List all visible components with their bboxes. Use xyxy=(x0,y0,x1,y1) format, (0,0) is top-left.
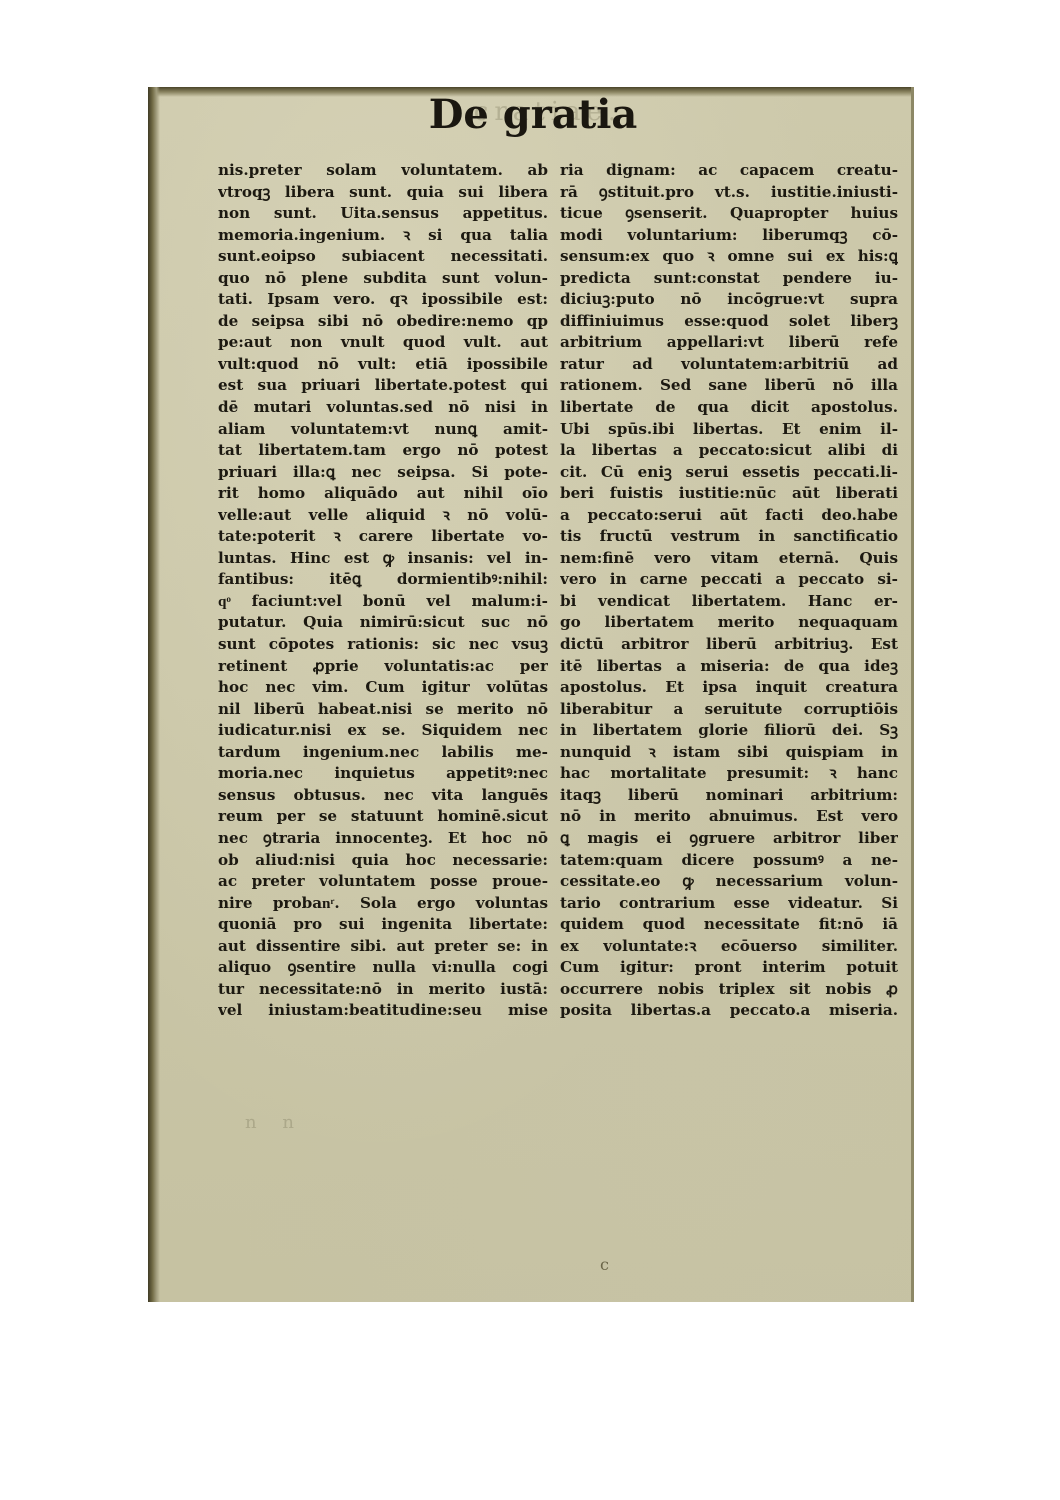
text-line: predicta sunt:constat pendere iu- xyxy=(560,268,898,290)
text-line: ac preter voluntatem posse proue- xyxy=(218,871,548,893)
text-line: dictū arbitror liberū arbitriuꝫ. Est xyxy=(560,634,898,656)
text-line: aut dissentire sibi. aut preter se: in xyxy=(218,936,548,958)
text-line: est sua priuari libertate.potest qui xyxy=(218,375,548,397)
text-line: nec ꝯtraria innocenteꝫ. Et hoc nō xyxy=(218,828,548,850)
text-line: cit. Cū eniꝫ serui essetis peccati.li- xyxy=(560,462,898,484)
text-line: iudicatur.nisi ex se. Siquidem nec xyxy=(218,720,548,742)
text-line: quidem quod necessitate fit:nō iā xyxy=(560,914,898,936)
text-line: putatur. Quia nimirū:sicut suc nō xyxy=(218,612,548,634)
text-line: priuari illa:ꝗ nec seipsa. Si pote- xyxy=(218,462,548,484)
text-line: sensum:ex quo ꝛ omne sui ex his:ꝗ xyxy=(560,246,898,268)
running-head: De gratia xyxy=(423,89,643,141)
text-line: nunquid ꝛ istam sibi quispiam in xyxy=(560,742,898,764)
text-line: vtroqꝫ libera sunt. quia sui libera xyxy=(218,182,548,204)
text-line: ratur ad voluntatem:arbitriū ad xyxy=(560,354,898,376)
text-line: go libertatem merito nequaquam xyxy=(560,612,898,634)
text-line: vel iniustam:beatitudine:seu mise xyxy=(218,1000,548,1022)
text-line: tur necessitate:nō in merito iustā: xyxy=(218,979,548,1001)
text-line: aliam voluntatem:vt nunꝗ amit- xyxy=(218,419,548,441)
text-line: a peccato:serui aūt facti deo.habe xyxy=(560,505,898,527)
text-line: tatem:quam dicere possumꝰ a ne- xyxy=(560,850,898,872)
text-line: reum per se statuunt hominē.sicut xyxy=(218,806,548,828)
text-line: ex voluntate:ꝛ ecōuerso similiter. xyxy=(560,936,898,958)
text-line: diffiniuimus esse:quod solet liberꝫ xyxy=(560,311,898,333)
text-line: dē mutari voluntas.sed nō nisi in xyxy=(218,397,548,419)
text-line: itē libertas a miseria: de qua ideꝫ xyxy=(560,656,898,678)
text-line: diciuꝫ:puto nō incōgrue:vt supra xyxy=(560,289,898,311)
text-line: beri fuistis iustitie:nūc aūt liberati xyxy=(560,483,898,505)
text-line: nem:finē vero vitam eternā. Quis xyxy=(560,548,898,570)
text-line: retinent ꝓprie voluntatis:ac per xyxy=(218,656,548,678)
text-line: occurrere nobis triplex sit nobis ꝓ xyxy=(560,979,898,1001)
text-line: modi voluntarium: liberumqꝫ cō- xyxy=(560,225,898,247)
text-line: vero in carne peccati a peccato si- xyxy=(560,569,898,591)
text-line: de seipsa sibi nō obedire:nemo qp xyxy=(218,311,548,333)
text-line: la libertas a peccato:sicut alibi di xyxy=(560,440,898,462)
text-line: memoria.ingenium. ꝛ si qua talia xyxy=(218,225,548,247)
text-line: libertate de qua dicit apostolus. xyxy=(560,397,898,419)
text-line: velle:aut velle aliquid ꝛ nō volū- xyxy=(218,505,548,527)
text-line: arbitrium appellari:vt liberū refe xyxy=(560,332,898,354)
text-line: nis.preter solam voluntatem. ab xyxy=(218,160,548,182)
text-line: moria.nec inquietus appetitꝰ:nec xyxy=(218,763,548,785)
text-line: tardum ingenium.nec labilis me- xyxy=(218,742,548,764)
text-line: ria dignam: ac capacem creatu- xyxy=(560,160,898,182)
text-line: luntas. Hinc est ꝙ insanis: vel in- xyxy=(218,548,548,570)
text-line: posita libertas.a peccato.a miseria. xyxy=(560,1000,898,1022)
text-line: nil liberū habeat.nisi se merito nō xyxy=(218,699,548,721)
text-line: ob aliud:nisi quia hoc necessarie: xyxy=(218,850,548,872)
text-line: tis fructū vestrum in sanctificatio xyxy=(560,526,898,548)
page-gutter-edge xyxy=(148,87,160,1302)
text-line: nō in merito abnuimus. Est vero xyxy=(560,806,898,828)
text-line: bi vendicat libertatem. Hanc er- xyxy=(560,591,898,613)
text-line: fantibus: itēꝗ dormientibꝰ:nihil: xyxy=(218,569,548,591)
text-line: rationem. Sed sane liberū nō illa xyxy=(560,375,898,397)
text-line: tat libertatem.tam ergo nō potest xyxy=(218,440,548,462)
scanned-page: cratiae. De gratia nis.preter solam volu… xyxy=(148,87,914,1302)
text-line: nire probanͬ. Sola ergo voluntas xyxy=(218,893,548,915)
text-line: liberabitur a seruitute corruptiōis xyxy=(560,699,898,721)
text-line: Cum igitur: pront interim potuit xyxy=(560,957,898,979)
text-line: apostolus. Et ipsa inquit creatura xyxy=(560,677,898,699)
text-column-right: ria dignam: ac capacem creatu-rā ꝯstitui… xyxy=(560,160,898,1022)
text-line: non sunt. Uita.sensus appetitus. xyxy=(218,203,548,225)
text-line: in libertatem glorie filiorū dei. Sꝫ xyxy=(560,720,898,742)
text-line: hoc nec vim. Cum igitur volūtas xyxy=(218,677,548,699)
text-line: aliquo ꝯsentire nulla vi:nulla cogi xyxy=(218,957,548,979)
text-line: ticue ꝯsenserit. Quapropter huius xyxy=(560,203,898,225)
text-line: quoniā pro sui ingenita libertate: xyxy=(218,914,548,936)
text-line: sensus obtusus. nec vita languēs xyxy=(218,785,548,807)
text-line: tario contrarium esse videatur. Si xyxy=(560,893,898,915)
text-column-left: nis.preter solam voluntatem. abvtroqꝫ li… xyxy=(218,160,548,1022)
show-through-mark: n n xyxy=(245,1112,304,1133)
text-line: qͦ faciunt:vel bonū vel malum:i- xyxy=(218,591,548,613)
text-line: rā ꝯstituit.pro vt.s. iustitie.iniusti- xyxy=(560,182,898,204)
signature-mark: c xyxy=(600,1255,609,1274)
text-line: quo nō plene subdita sunt volun- xyxy=(218,268,548,290)
text-line: cessitate.eo ꝙ necessarium volun- xyxy=(560,871,898,893)
text-line: ꝗ magis ei ꝯgruere arbitror liber xyxy=(560,828,898,850)
text-line: pe:aut non vnult quod vult. aut xyxy=(218,332,548,354)
text-line: rit homo aliquādo aut nihil oīo xyxy=(218,483,548,505)
text-line: Ubi spūs.ibi libertas. Et enim il- xyxy=(560,419,898,441)
text-line: tate:poterit ꝛ carere libertate vo- xyxy=(218,526,548,548)
text-line: itaqꝫ liberū nominari arbitrium: xyxy=(560,785,898,807)
text-line: vult:quod nō vult: etiā ipossibile xyxy=(218,354,548,376)
text-line: sunt.eoipso subiacent necessitati. xyxy=(218,246,548,268)
text-line: hac mortalitate presumit: ꝛ hanc xyxy=(560,763,898,785)
text-line: tati. Ipsam vero. qꝛ ipossibile est: xyxy=(218,289,548,311)
page-right-edge xyxy=(911,87,914,1302)
text-line: sunt cōpotes rationis: sic nec vsuꝫ xyxy=(218,634,548,656)
